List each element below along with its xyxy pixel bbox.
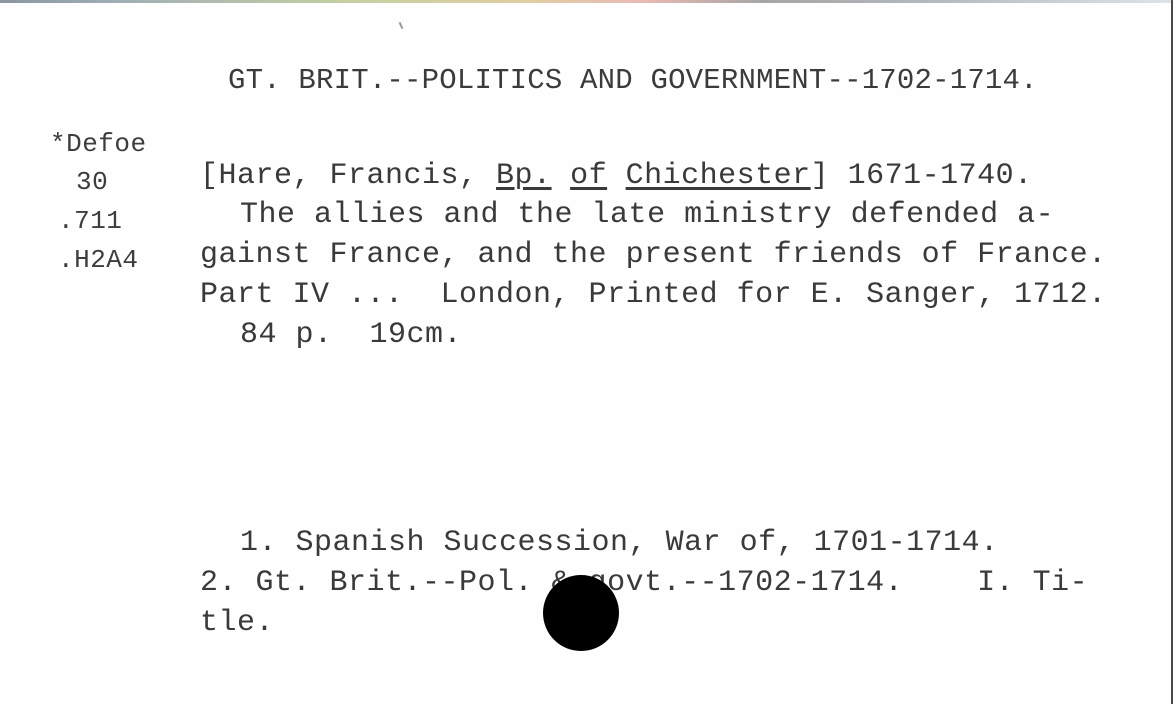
title-line-2: gainst France, and the present friends o… [200, 237, 1107, 273]
call-number-class: 30 [76, 164, 108, 200]
title-line-1: The allies and the late ministry defende… [240, 197, 1054, 233]
author-see: Chichester [626, 159, 811, 193]
author-title-bp: Bp. [496, 159, 552, 193]
author-dates: ] 1671-1740. [811, 159, 1033, 193]
scan-color-strip [0, 0, 1173, 3]
author-title-of: of [570, 159, 607, 193]
call-number-collection: *Defoe [50, 126, 147, 162]
author-name: [Hare, Francis, [200, 159, 496, 193]
tracing-3: tle. [200, 605, 274, 641]
tracing-1: 1. Spanish Succession, War of, 1701-1714… [240, 525, 999, 561]
catalog-card: GT. BRIT.--POLITICS AND GOVERNMENT--1702… [0, 0, 1173, 704]
call-number-cutter: .H2A4 [58, 242, 139, 278]
tracing-2: 2. Gt. Brit.--Pol. & govt.--1702-1714. I… [200, 565, 1088, 601]
call-number-subclass: .711 [58, 203, 122, 239]
punch-hole [543, 575, 619, 651]
author-entry: [Hare, Francis, Bp. of Chichester] 1671-… [200, 158, 1033, 194]
subject-heading: GT. BRIT.--POLITICS AND GOVERNMENT--1702… [228, 63, 1038, 99]
imprint-line: Part IV ... London, Printed for E. Sange… [200, 277, 1107, 313]
collation-line: 84 p. 19cm. [240, 317, 462, 353]
ink-speck [399, 22, 404, 29]
